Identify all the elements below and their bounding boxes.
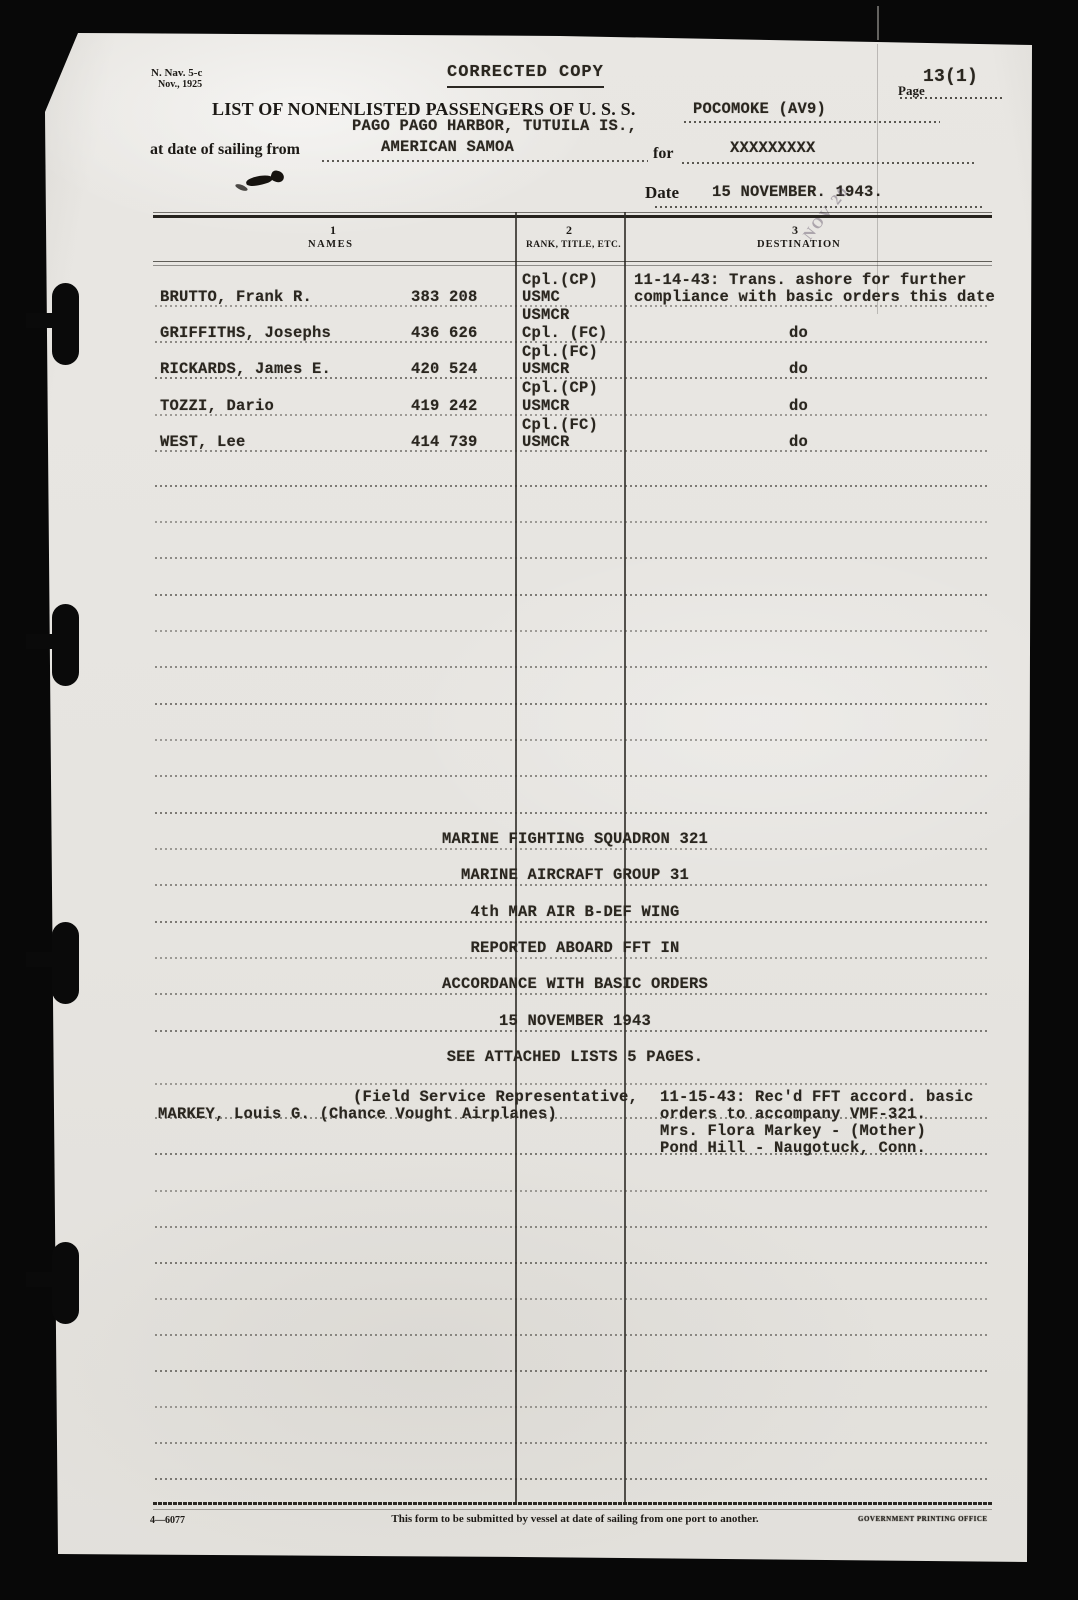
markey-destination-line: orders to accompany VMF-321.	[660, 1106, 926, 1122]
sailing-from-value: AMERICAN SAMOA	[381, 139, 514, 155]
ruled-line	[155, 993, 990, 995]
scan-scratch	[877, 6, 879, 40]
for-label: for	[653, 146, 673, 162]
form-edition-date: Nov., 1925	[158, 80, 202, 90]
ruled-line	[155, 884, 990, 886]
footer-form-code: 4—6077	[150, 1516, 185, 1526]
header-rule-b	[153, 265, 992, 266]
squadron-line: 15 NOVEMBER 1943	[385, 1013, 765, 1029]
squadron-line: MARINE FIGHTING SQUADRON 321	[385, 831, 765, 847]
page-number: 13(1)	[923, 68, 978, 87]
table-bottom-rule	[153, 1502, 992, 1505]
ruled-line	[155, 1406, 990, 1408]
passenger-name: TOZZI, Dario	[160, 398, 274, 414]
squadron-line: SEE ATTACHED LISTS 5 PAGES.	[385, 1049, 765, 1065]
column-2-label: RANK, TITLE, ETC.	[526, 241, 621, 251]
ruled-line	[155, 557, 990, 559]
rank-line: USMCR	[522, 307, 570, 323]
destination-ditto: do	[789, 361, 808, 377]
ruled-line	[155, 775, 990, 777]
column-2-number: 2	[566, 224, 572, 236]
ruled-line	[155, 812, 990, 814]
column-1-label: NAMES	[308, 240, 353, 251]
table-top-rule	[153, 215, 992, 218]
vessel-name: POCOMOKE (AV9)	[693, 101, 826, 117]
squadron-line: 4th MAR AIR B-DEF WING	[385, 904, 765, 920]
port-line: PAGO PAGO HARBOR, TUTUILA IS.,	[352, 118, 637, 134]
service-number: 414 739	[411, 434, 478, 450]
ruled-line	[155, 1117, 990, 1119]
ruled-line	[155, 1190, 990, 1192]
footer-printer: GOVERNMENT PRINTING OFFICE	[858, 1516, 988, 1523]
rank-line: USMC	[522, 289, 560, 305]
service-number: 419 242	[411, 398, 478, 414]
ruled-line	[155, 377, 990, 379]
rank-line: Cpl.(FC)	[522, 417, 598, 433]
destination-ditto: do	[789, 398, 808, 414]
passenger-name: RICKARDS, James E.	[160, 361, 331, 377]
column-divider-2	[624, 212, 626, 1504]
passenger-name: BRUTTO, Frank R.	[160, 289, 312, 305]
ruled-line	[155, 305, 990, 307]
ruled-line	[155, 521, 990, 523]
rank-line: Cpl.(CP)	[522, 272, 598, 288]
page-label: Page	[898, 84, 925, 97]
markey-name-line: MARKEY, Louis G. (Chance Vought Airplane…	[158, 1106, 557, 1122]
binder-hole	[52, 922, 79, 1004]
ruled-line	[155, 739, 990, 741]
ruled-line	[155, 1478, 990, 1480]
binder-hole	[52, 1242, 79, 1324]
document-title: LIST OF NONENLISTED PASSENGERS OF U. S. …	[212, 100, 636, 118]
sailing-from-label: at date of sailing from	[150, 142, 300, 158]
table-top-rule-thin	[153, 212, 992, 213]
date-value: 15 NOVEMBER. 1943.	[712, 184, 883, 200]
ruled-line	[155, 450, 990, 452]
destination-line: 11-14-43: Trans. ashore for further	[634, 272, 967, 288]
destination-ditto: do	[789, 325, 808, 341]
binder-hole	[52, 283, 79, 365]
passenger-name: GRIFFITHS, Josephs	[160, 325, 331, 341]
ruled-line	[155, 1083, 990, 1085]
ruled-line	[155, 485, 990, 487]
ruled-line	[155, 341, 990, 343]
ruled-line	[155, 630, 990, 632]
ruled-line	[155, 666, 990, 668]
ruled-line	[155, 1030, 990, 1032]
ruled-line	[155, 1298, 990, 1300]
rank-line: Cpl.(CP)	[522, 380, 598, 396]
rank-line: Cpl. (FC)	[522, 325, 608, 341]
service-number: 383 208	[411, 289, 478, 305]
vessel-rule	[684, 121, 940, 123]
squadron-line: MARINE AIRCRAFT GROUP 31	[385, 867, 765, 883]
destination-line: compliance with basic orders this date	[634, 289, 995, 305]
sailing-from-rule	[322, 160, 648, 162]
ruled-line	[155, 957, 990, 959]
ruled-line	[155, 921, 990, 923]
binder-hole	[52, 604, 79, 686]
table-bottom-rule-thin	[153, 1509, 992, 1510]
ruled-line	[155, 1334, 990, 1336]
ruled-line	[155, 1153, 990, 1155]
column-divider-1	[515, 212, 517, 1504]
for-value: XXXXXXXXX	[730, 140, 816, 156]
passenger-name: WEST, Lee	[160, 434, 246, 450]
markey-note-line: (Field Service Representative,	[353, 1089, 638, 1105]
header-rule-a	[153, 261, 992, 262]
ruled-line	[155, 703, 990, 705]
date-label: Date	[645, 184, 679, 201]
service-number: 420 524	[411, 361, 478, 377]
ruled-line	[155, 414, 990, 416]
squadron-line: ACCORDANCE WITH BASIC ORDERS	[385, 976, 765, 992]
ruled-line	[155, 848, 990, 850]
column-3-label: DESTINATION	[757, 240, 841, 251]
column-3-number: 3	[792, 224, 798, 236]
markey-destination-line: 11-15-43: Rec'd FFT accord. basic	[660, 1089, 974, 1105]
scanned-document: N. Nav. 5-c Nov., 1925 CORRECTED COPY Pa…	[0, 0, 1078, 1600]
ruled-line	[155, 1370, 990, 1372]
rank-line: USMCR	[522, 398, 570, 414]
service-number: 436 626	[411, 325, 478, 341]
destination-ditto: do	[789, 434, 808, 450]
ruled-line	[155, 1262, 990, 1264]
ruled-line	[155, 1442, 990, 1444]
squadron-line: REPORTED ABOARD FFT IN	[385, 940, 765, 956]
footer-instruction: This form to be submitted by vessel at d…	[280, 1514, 870, 1525]
rank-line: Cpl.(FC)	[522, 344, 598, 360]
markey-destination-line: Mrs. Flora Markey - (Mother)	[660, 1123, 926, 1139]
ruled-line	[155, 594, 990, 596]
rank-line: USMCR	[522, 361, 570, 377]
page-number-rule	[900, 97, 1002, 99]
ruled-line	[155, 1226, 990, 1228]
column-1-number: 1	[330, 224, 336, 236]
for-rule	[682, 162, 974, 164]
rank-line: USMCR	[522, 434, 570, 450]
form-number: N. Nav. 5-c	[151, 68, 202, 79]
corrected-copy-heading: CORRECTED COPY	[447, 64, 604, 88]
